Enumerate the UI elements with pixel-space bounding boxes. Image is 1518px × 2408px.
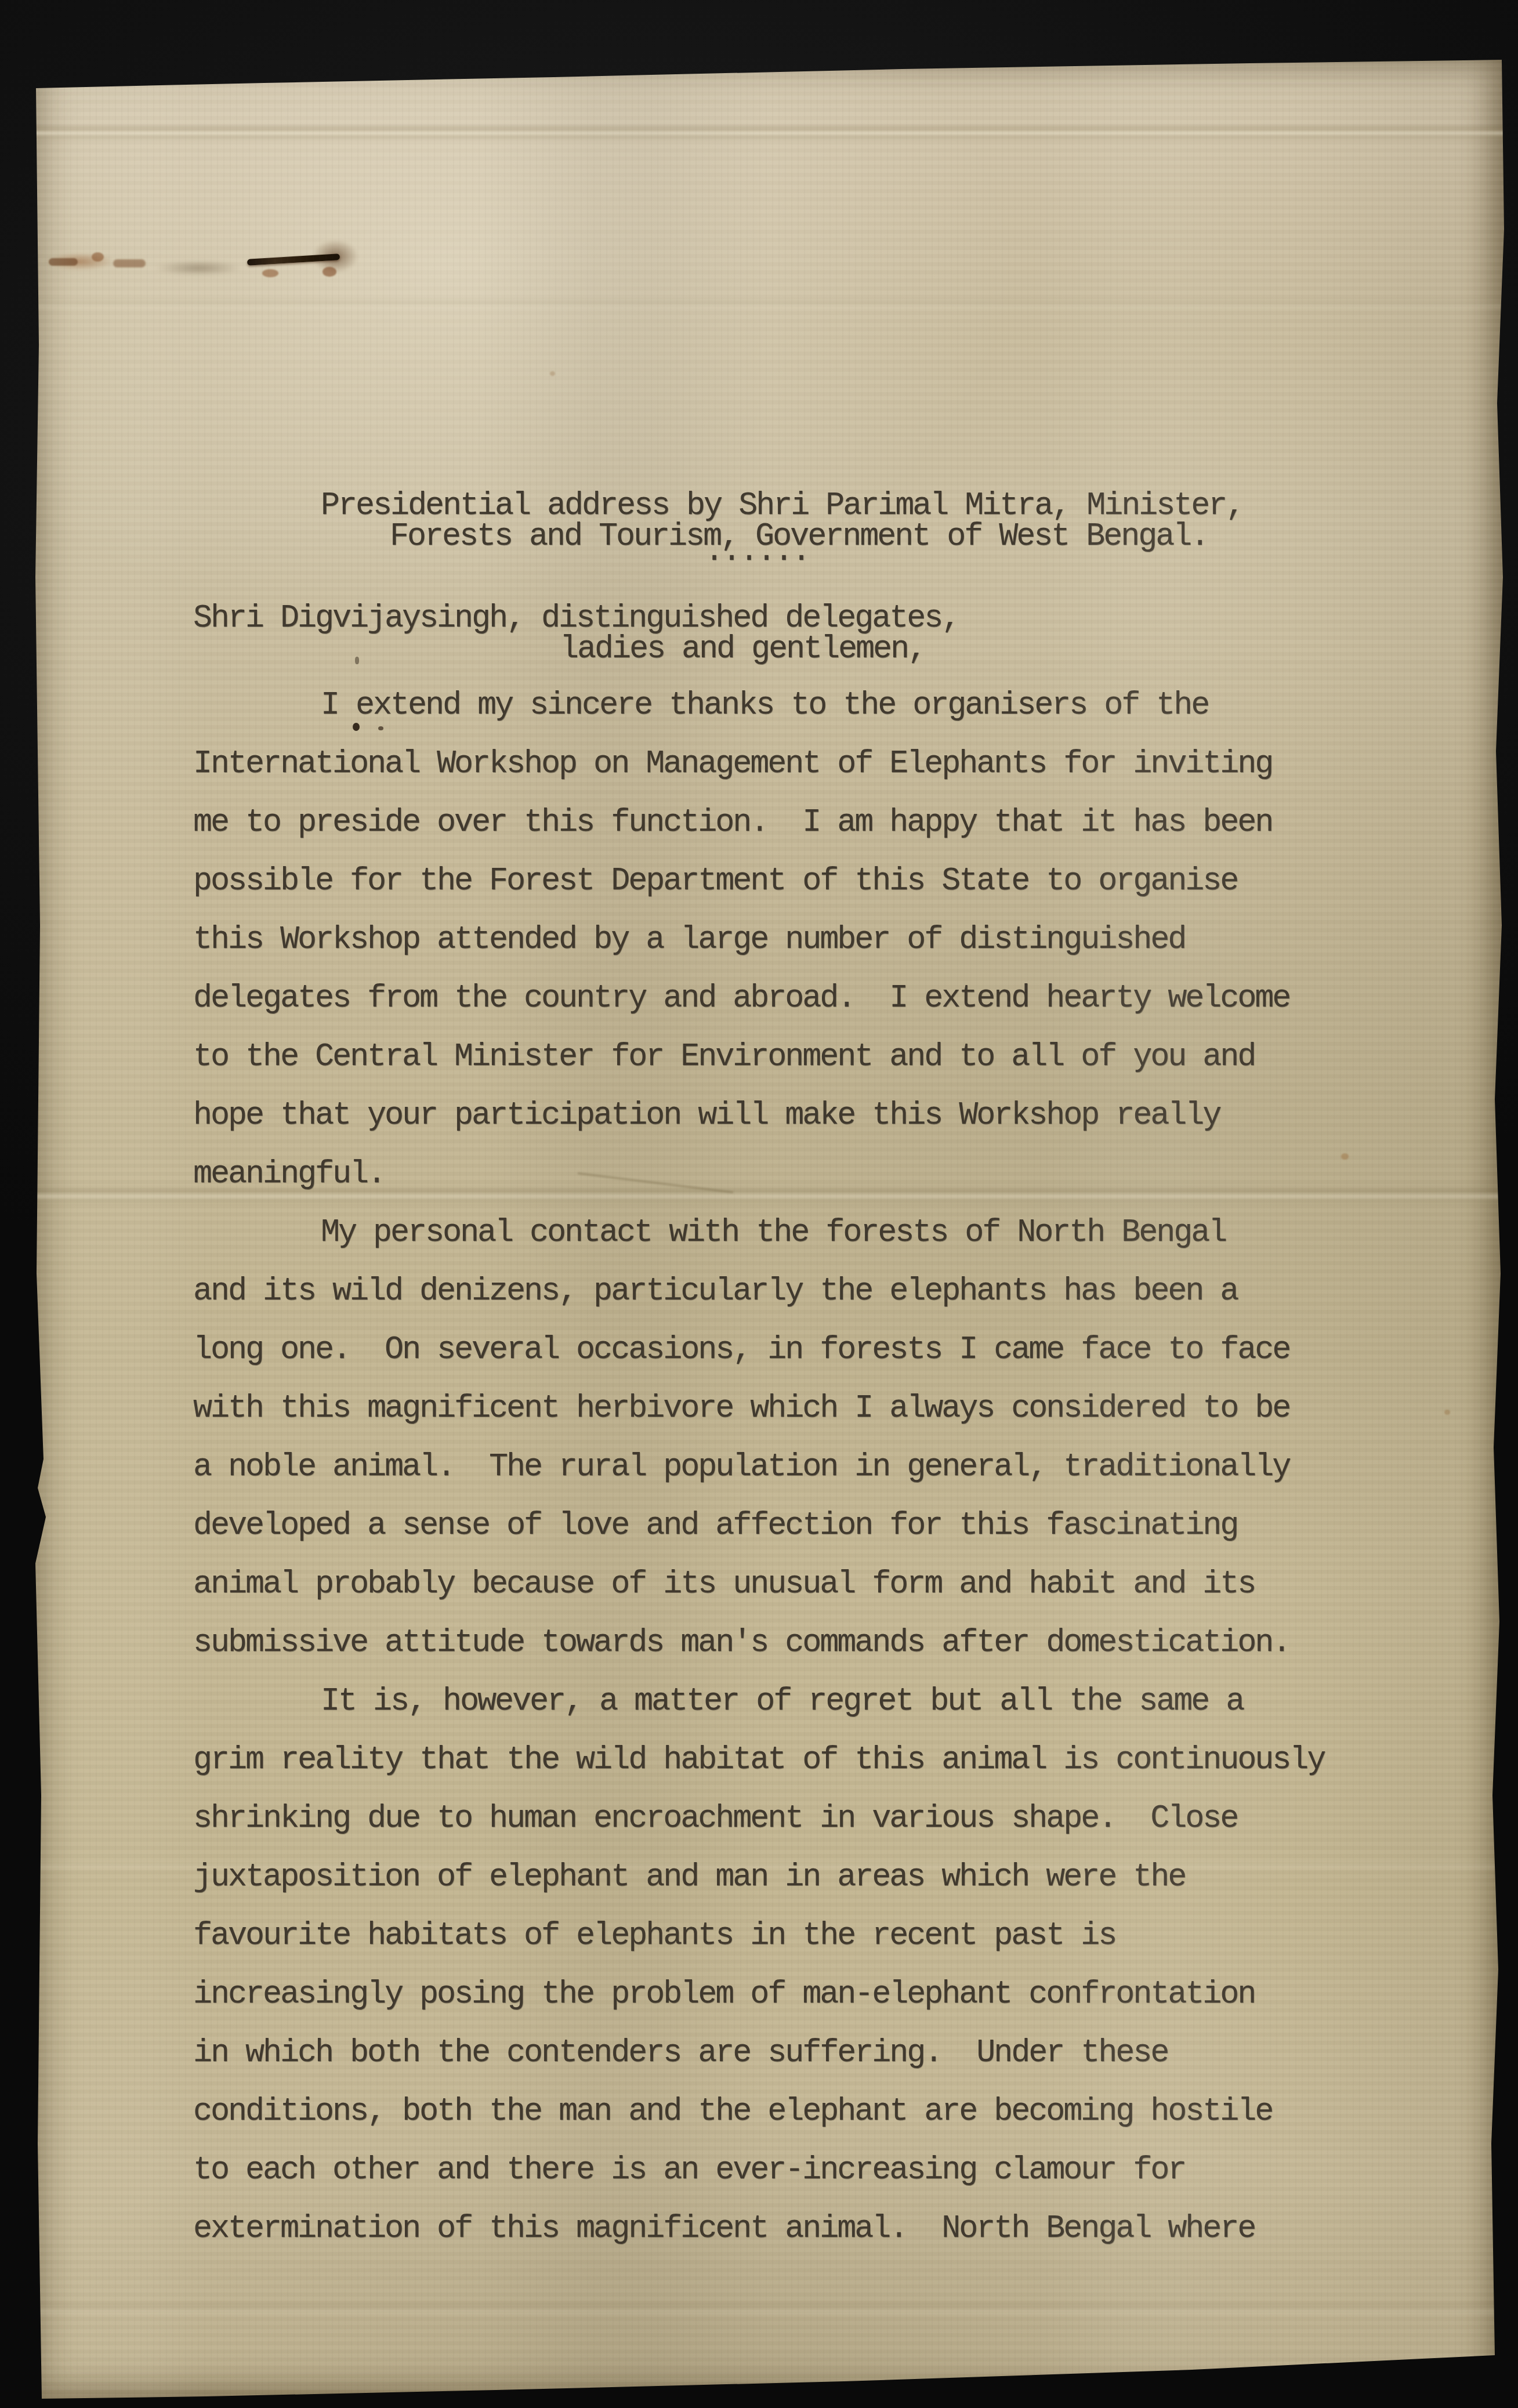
typed-line: juxtaposition of elephant and man in are… — [193, 1859, 1185, 1895]
typed-line: I extend my sincere thanks to the organi… — [321, 687, 1208, 723]
typed-line: grim reality that the wild habitat of th… — [193, 1742, 1324, 1778]
typed-line: with this magnificent herbivore which I … — [193, 1391, 1289, 1426]
typed-line: International Workshop on Management of … — [193, 746, 1272, 782]
typed-line: extermination of this magnificent animal… — [193, 2211, 1255, 2247]
typed-line: favourite habitats of elephants in the r… — [193, 1918, 1115, 1954]
typed-line: to the Central Minister for Environment … — [193, 1039, 1255, 1075]
typed-line: meaningful. — [193, 1156, 385, 1192]
typed-line: this Workshop attended by a large number… — [193, 922, 1185, 958]
heading-dots: ...... — [705, 534, 809, 570]
paper-sheet: Presidential address by Shri Parimal Mit… — [32, 55, 1505, 2402]
typed-line: increasingly posing the problem of man-e… — [193, 1976, 1255, 2012]
typed-line: animal probably because of its unusual f… — [193, 1566, 1255, 1602]
typed-line: It is, however, a matter of regret but a… — [321, 1683, 1243, 1719]
typed-line: to each other and there is an ever-incre… — [193, 2152, 1185, 2188]
typed-line: a noble animal. The rural population in … — [193, 1449, 1289, 1485]
typed-text-block: Presidential address by Shri Parimal Mit… — [32, 55, 1505, 2402]
typed-line: possible for the Forest Department of th… — [193, 863, 1237, 899]
typed-line: delegates from the country and abroad. I… — [193, 980, 1289, 1016]
typed-line: submissive attitude towards man's comman… — [193, 1625, 1289, 1661]
typed-line: shrinking due to human encroachment in v… — [193, 1801, 1237, 1837]
typed-line: long one. On several occasions, in fores… — [193, 1332, 1289, 1368]
typed-line: hope that your participation will make t… — [193, 1098, 1220, 1134]
typed-line: My personal contact with the forests of … — [321, 1215, 1226, 1251]
typed-line: me to preside over this function. I am h… — [193, 805, 1272, 841]
typed-line: and its wild denizens, particularly the … — [193, 1273, 1237, 1309]
salutation-line: ladies and gentlemen, — [560, 631, 925, 667]
typed-line: developed a sense of love and affection … — [193, 1508, 1237, 1544]
typed-line: conditions, both the man and the elephan… — [193, 2094, 1272, 2130]
typed-line: in which both the contenders are sufferi… — [193, 2035, 1168, 2071]
